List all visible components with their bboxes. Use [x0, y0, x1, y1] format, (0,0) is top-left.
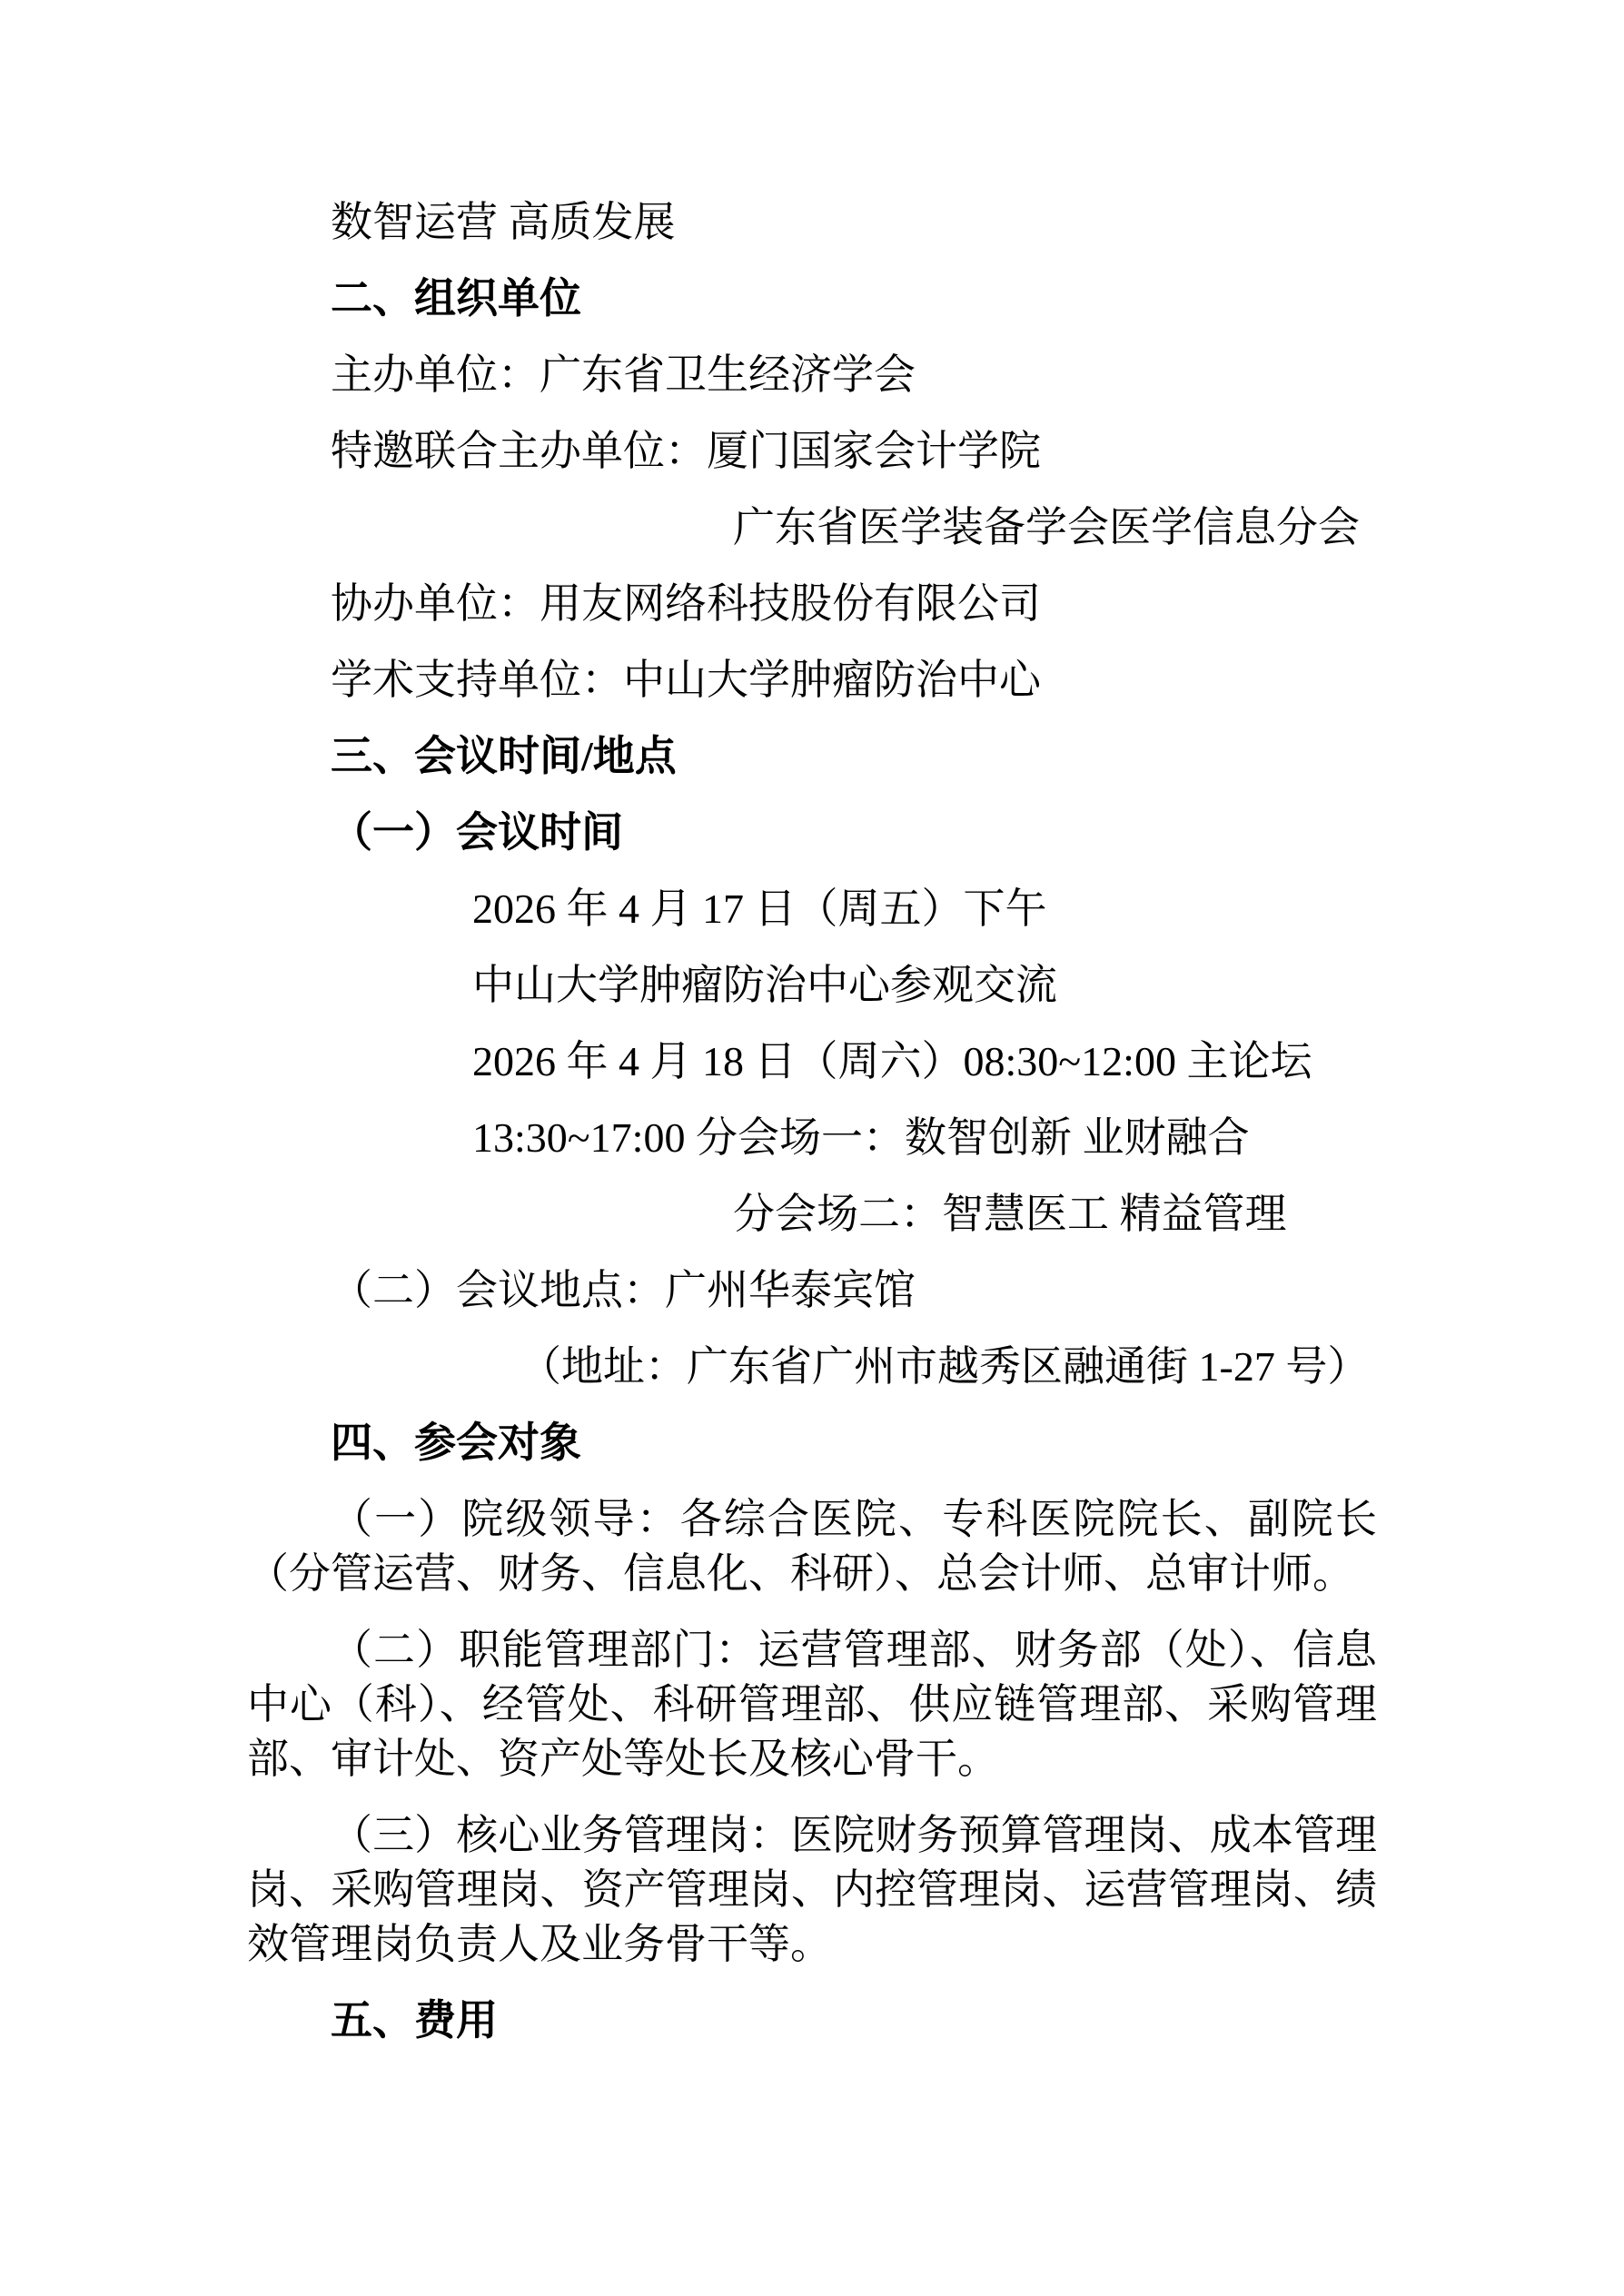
- section-heading-organizers: 二、组织单位: [247, 272, 1377, 326]
- subsection-heading-meeting-time: （一）会议时间: [247, 806, 1377, 860]
- document-page: 数智运营 高质发展 二、组织单位 主办单位：广东省卫生经济学会 特邀联合主办单位…: [0, 0, 1624, 2296]
- section-heading-fees: 五、费用: [247, 1994, 1377, 2048]
- meeting-time-day1-line: 2026 年 4 月 17 日（周五）下午: [247, 882, 1377, 936]
- meeting-address-line: （地址：广东省广州市越秀区融通街 1-27 号）: [247, 1340, 1377, 1394]
- meeting-time-day2-line: 2026 年 4 月 18 日（周六）08:30~12:00 主论坛: [247, 1034, 1377, 1089]
- attendees-paragraph-core-roles: （三）核心业务管理岗：医院财务预算管理岗、成本管理岗、采购管理岗、资产管理岗、内…: [247, 1808, 1377, 1972]
- meeting-time-day1-activity-line: 中山大学肿瘤防治中心参观交流: [247, 958, 1377, 1013]
- attendees-paragraph-departments: （二）职能管理部门：运营管理部、财务部（处）、信息中心（科）、经管处、科研管理部…: [247, 1623, 1377, 1786]
- academic-support-unit-line: 学术支持单位：中山大学肿瘤防治中心: [247, 653, 1377, 708]
- attendees-paragraph-leaders: （一）院级领导：各综合医院、专科医院院长、副院长（分管运营、财务、信息化、科研）…: [247, 1492, 1377, 1601]
- host-unit-line: 主办单位：广东省卫生经济学会: [247, 348, 1377, 402]
- slogan-line: 数智运营 高质发展: [247, 195, 1377, 250]
- assisting-unit-line: 协办单位：用友网络科技股份有限公司: [247, 577, 1377, 631]
- invited-cohost-unit-line: 特邀联合主办单位：厦门国家会计学院: [247, 424, 1377, 479]
- invited-cohost-unit-line-2: 广东省医学装备学会医学信息分会: [247, 500, 1377, 555]
- meeting-time-session2-line: 分会场二：智慧医工 精益管理: [247, 1187, 1377, 1242]
- meeting-location-line: （二）会议地点：广州华泰宾馆: [247, 1263, 1377, 1318]
- section-heading-time-location: 三、会议时间/地点: [247, 729, 1377, 784]
- section-heading-attendees: 四、参会对象: [247, 1416, 1377, 1470]
- meeting-time-session1-line: 13:30~17:00 分会场一：数智创新 业财融合: [247, 1111, 1377, 1165]
